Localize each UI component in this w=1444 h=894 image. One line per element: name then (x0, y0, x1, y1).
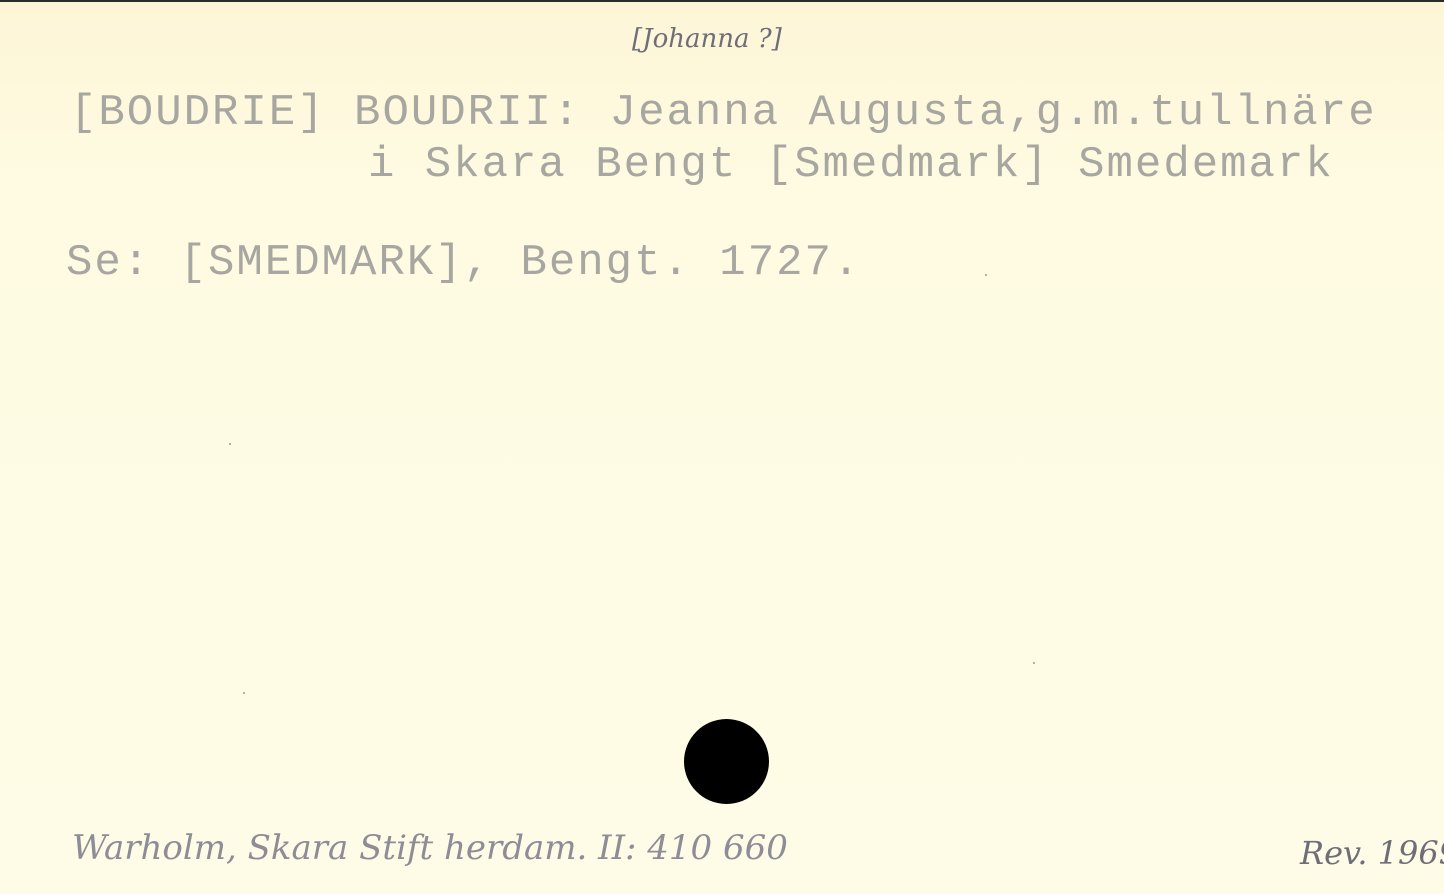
punch-hole (684, 719, 769, 804)
paper-speck (1033, 662, 1035, 664)
handwritten-source-reference: Warholm, Skara Stift herdam. II: 410 660 (72, 828, 788, 868)
entry-heading-line: [BOUDRIE] BOUDRII: Jeanna Augusta,g.m.tu… (70, 88, 1377, 138)
see-reference-line: Se: [SMEDMARK], Bengt. 1727. (66, 238, 861, 288)
handwritten-revision-note: Rev. 1969 (1300, 834, 1444, 872)
paper-speck (243, 692, 245, 694)
index-card: [Johanna ?] [BOUDRIE] BOUDRII: Jeanna Au… (0, 0, 1444, 894)
paper-speck (985, 274, 987, 276)
handwritten-name-annotation: [Johanna ?] (632, 24, 782, 54)
paper-speck (229, 443, 231, 445)
entry-detail-line: i Skara Bengt [Smedmark] Smedemark (368, 140, 1334, 190)
